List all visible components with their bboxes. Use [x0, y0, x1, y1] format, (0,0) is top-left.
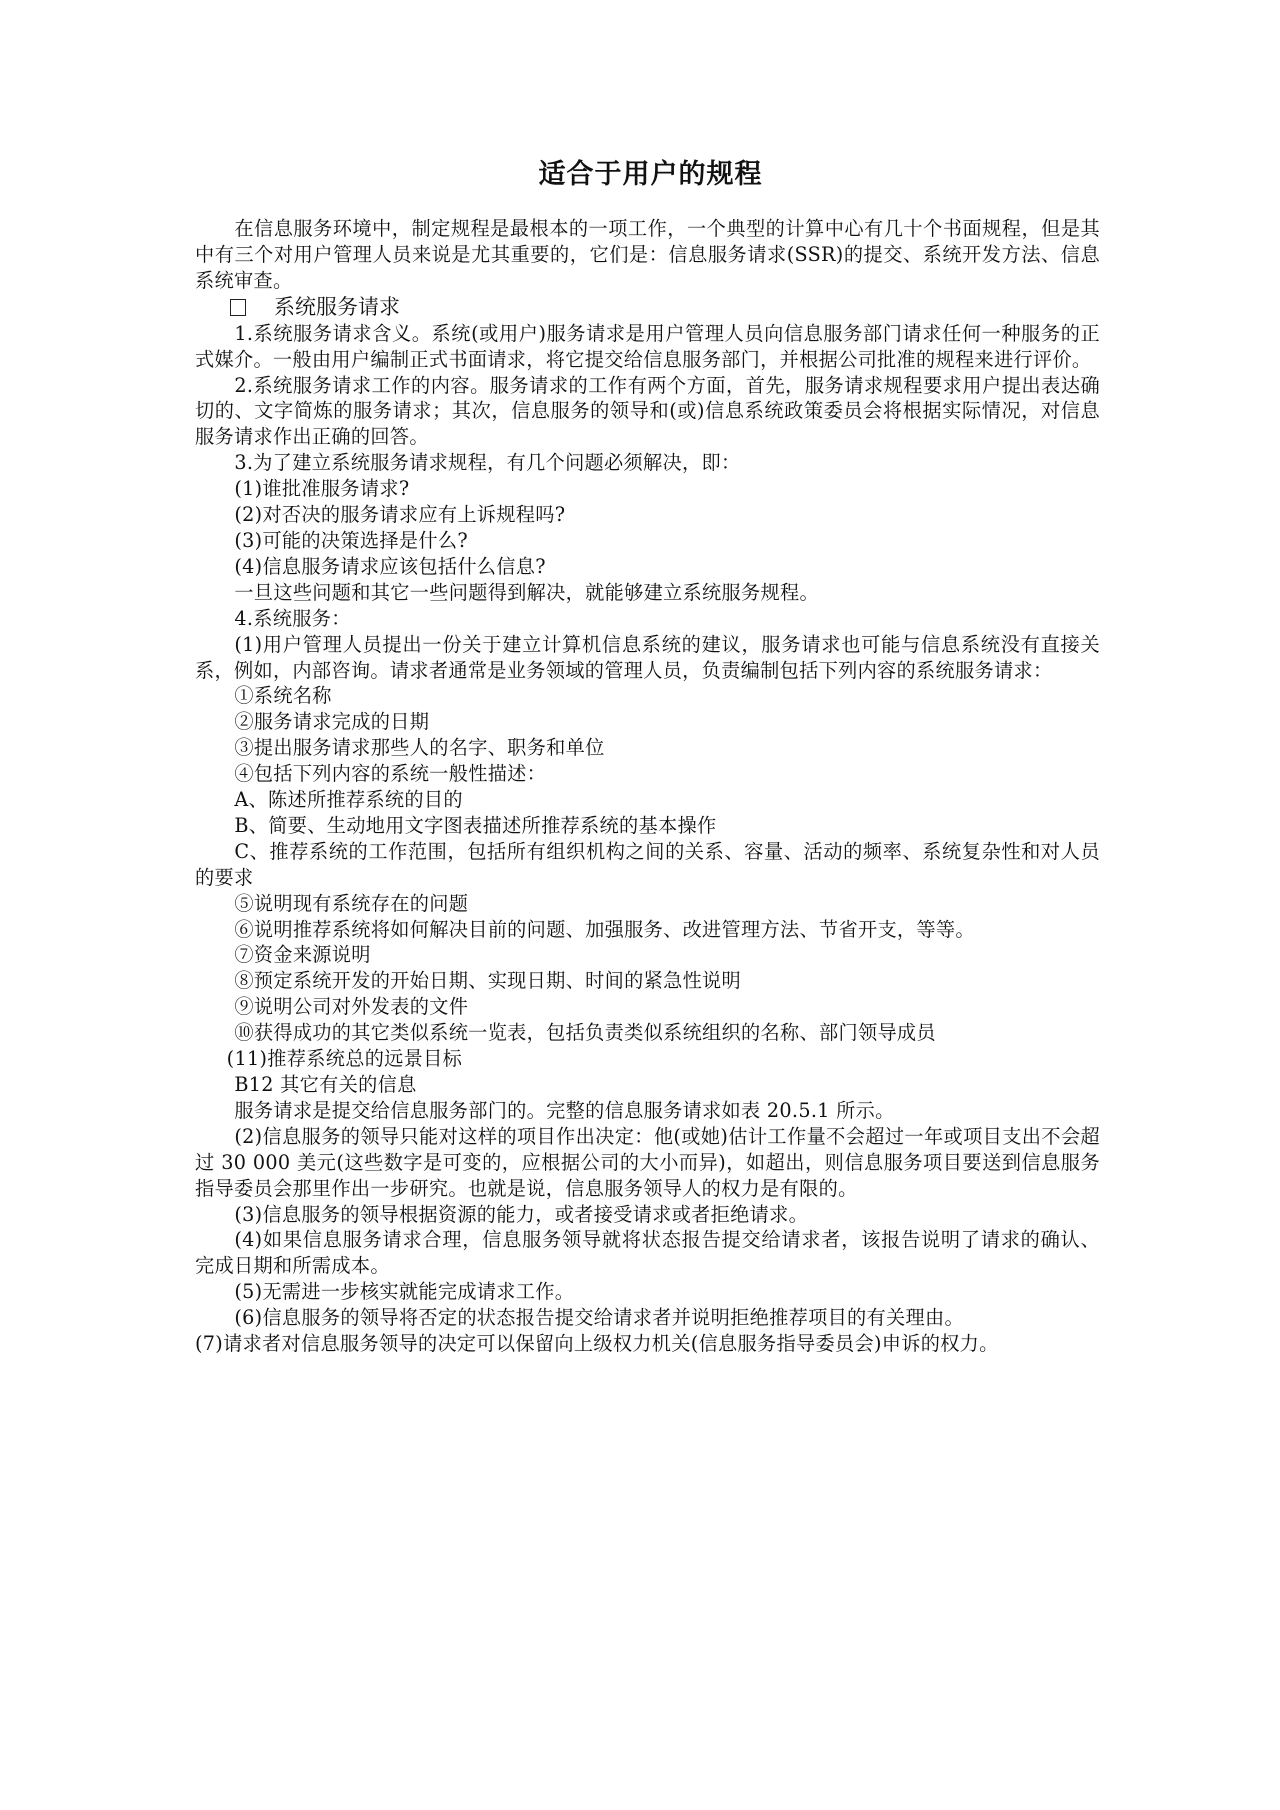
empty-square-icon [230, 299, 246, 316]
question-1: (1)谁批准服务请求? [195, 476, 1100, 502]
section-heading-text: 系统服务请求 [274, 294, 400, 321]
list-item-9: ⑨说明公司对外发表的文件 [195, 994, 1100, 1020]
submit-note: 服务请求是提交给信息服务部门的。完整的信息服务请求如表 20.5.1 所示。 [195, 1098, 1100, 1124]
list-item-4a: A、陈述所推荐系统的目的 [195, 787, 1100, 813]
paragraph-3: 3.为了建立系统服务请求规程，有几个问题必须解决，即： [195, 450, 1100, 476]
list-item-4b: B、简要、生动地用文字图表描述所推荐系统的基本操作 [195, 813, 1100, 839]
question-4: (4)信息服务请求应该包括什么信息? [195, 554, 1100, 580]
list-item-8: ⑧预定系统开发的开始日期、实现日期、时间的紧急性说明 [195, 968, 1100, 994]
document-title: 适合于用户的规程 [195, 158, 1100, 192]
list-item-7: ⑦资金来源说明 [195, 942, 1100, 968]
service-step-3: (3)信息服务的领导根据资源的能力，或者接受请求或者拒绝请求。 [195, 1202, 1100, 1228]
section-heading: 系统服务请求 [195, 294, 1100, 321]
list-item-11: (11)推荐系统总的远景目标 [195, 1046, 1100, 1072]
list-item-4: ④包括下列内容的系统一般性描述： [195, 761, 1100, 787]
list-item-4c: C、推荐系统的工作范围，包括所有组织机构之间的关系、容量、活动的频率、系统复杂性… [195, 839, 1100, 891]
service-step-2: (2)信息服务的领导只能对这样的项目作出决定：他(或她)估计工作量不会超过一年或… [195, 1124, 1100, 1202]
list-item-3: ③提出服务请求那些人的名字、职务和单位 [195, 735, 1100, 761]
service-step-6: (6)信息服务的领导将否定的状态报告提交给请求者并说明拒绝推荐项目的有关理由。 [195, 1305, 1100, 1331]
paragraph-3-conclusion: 一旦这些问题和其它一些问题得到解决，就能够建立系统服务规程。 [195, 580, 1100, 606]
question-3: (3)可能的决策选择是什么? [195, 528, 1100, 554]
list-item-1: ①系统名称 [195, 683, 1100, 709]
list-item-5: ⑤说明现有系统存在的问题 [195, 891, 1100, 917]
paragraph-4: 4.系统服务： [195, 606, 1100, 632]
question-2: (2)对否决的服务请求应有上诉规程吗? [195, 502, 1100, 528]
service-step-7: (7)请求者对信息服务领导的决定可以保留向上级权力机关(信息服务指导委员会)申诉… [195, 1331, 1100, 1357]
list-item-2: ②服务请求完成的日期 [195, 709, 1100, 735]
paragraph-2: 2.系统服务请求工作的内容。服务请求的工作有两个方面，首先，服务请求规程要求用户… [195, 373, 1100, 451]
paragraph-1: 1.系统服务请求含义。系统(或用户)服务请求是用户管理人员向信息服务部门请求任何… [195, 321, 1100, 373]
list-item-6: ⑥说明推荐系统将如何解决目前的问题、加强服务、改进管理方法、节省开支，等等。 [195, 917, 1100, 943]
list-item-12: B12 其它有关的信息 [195, 1072, 1100, 1098]
service-step-1: (1)用户管理人员提出一份关于建立计算机信息系统的建议，服务请求也可能与信息系统… [195, 632, 1100, 684]
service-step-4: (4)如果信息服务请求合理，信息服务领导就将状态报告提交给请求者，该报告说明了请… [195, 1227, 1100, 1279]
list-item-10: ⑩获得成功的其它类似系统一览表，包括负责类似系统组织的名称、部门领导成员 [195, 1020, 1100, 1046]
service-step-5: (5)无需进一步核实就能完成请求工作。 [195, 1279, 1100, 1305]
intro-paragraph: 在信息服务环境中，制定规程是最根本的一项工作，一个典型的计算中心有几十个书面规程… [195, 216, 1100, 294]
document-page: 适合于用户的规程 在信息服务环境中，制定规程是最根本的一项工作，一个典型的计算中… [195, 158, 1100, 1357]
